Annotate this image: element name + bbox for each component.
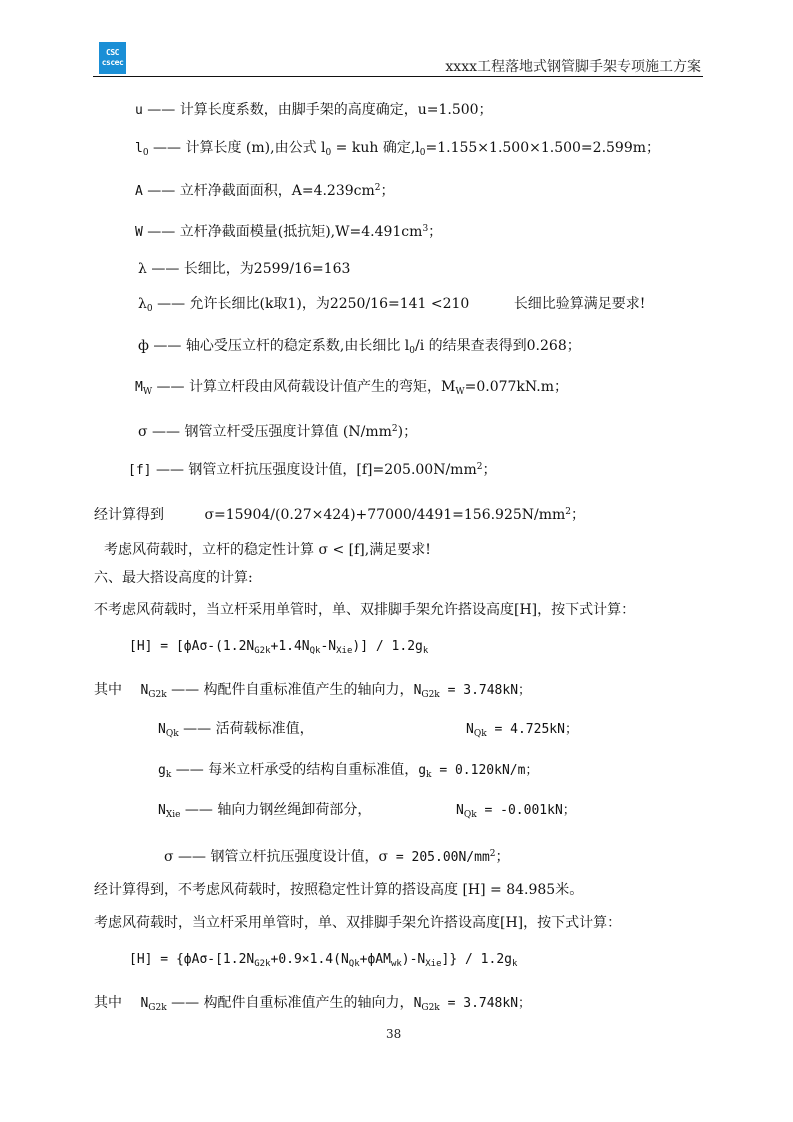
symbol: σ — [164, 849, 174, 865]
value: = 205.00N/mm — [388, 850, 490, 865]
value: = 3.748kN； — [440, 996, 531, 1011]
symbol: [f] — [128, 463, 151, 478]
tail: ； — [496, 849, 510, 865]
formula-sub: wk — [391, 959, 402, 969]
symbol-subscript: G2k — [148, 1003, 166, 1013]
dash: —— — [156, 462, 184, 478]
value-subscript: Qk — [464, 810, 477, 820]
symbol-subscript: 0 — [143, 148, 149, 158]
symbol-subscript: Xie — [166, 810, 181, 820]
dash: —— — [153, 338, 181, 354]
symbol: λ — [138, 296, 147, 312]
formula-sub: k — [512, 959, 517, 969]
value-symbol: N — [466, 722, 474, 737]
symbol-subscript: Qk — [166, 729, 179, 739]
description-a: 轴心受压立杆的稳定系数,由长细比 l — [186, 338, 409, 354]
symbol: σ — [138, 424, 148, 440]
description-b: =0.077kN.m； — [465, 379, 568, 395]
no-wind-def-NG2k: 其中 NG2k —— 构配件自重标准值产生的轴向力，NG2k = 3.748kN… — [94, 681, 531, 700]
def-phi: ф —— 轴心受压立杆的稳定系数,由长细比 l0/i 的结果查表得到0.268； — [138, 337, 581, 355]
no-wind-result: 经计算得到，不考虑风荷载时，按照稳定性计算的搭设高度 [H] = 84.985米… — [94, 881, 583, 899]
formula-sub: G2k — [254, 959, 270, 969]
description: 钢管立杆受压强度计算值 (N/mm — [184, 424, 391, 440]
def-l0: l0 —— 计算长度 (m),由公式 l0 = kuh 确定,l0=1.155×… — [135, 139, 660, 158]
description-c: =1.155×1.500×1.500=2.599m； — [426, 140, 661, 156]
description: 钢管立杆抗压强度设计值， — [210, 849, 378, 865]
result-label: 经计算得到 — [94, 507, 164, 523]
symbol: l — [135, 141, 143, 156]
tail: ； — [482, 462, 496, 478]
formula-sub: Qk — [349, 959, 360, 969]
with-wind-formula: [H] = {фAσ-[1.2NG2k+0.9×1.4(NQk+фAMwk)-N… — [129, 951, 517, 969]
def-A: A —— 立杆净截面面积，A=4.239cm2； — [135, 182, 395, 201]
header-divider — [93, 76, 703, 77]
tail: ； — [381, 183, 395, 199]
value-subscript: G2k — [421, 1003, 439, 1013]
description: 钢管立杆抗压强度设计值，[f]=205.00N/mm — [188, 462, 476, 478]
dash: —— — [147, 224, 175, 240]
formula-sub: k — [423, 646, 428, 656]
dash: —— — [185, 802, 213, 818]
check-note: 长细比验算满足要求! — [514, 296, 646, 312]
symbol-subscript: 0 — [147, 304, 153, 314]
value: = -0.001kN； — [477, 803, 576, 818]
description: 活荷载标准值， — [216, 721, 314, 737]
logo-text-bottom: cscec — [99, 58, 126, 68]
description: 立杆净截面面积，A=4.239cm — [180, 183, 375, 199]
header-title: xxxx工程落地式钢管脚手架专项施工方案 — [445, 56, 701, 76]
no-wind-def-sigma: σ —— 钢管立杆抗压强度设计值，σ = 205.00N/mm2； — [164, 848, 510, 867]
dash: —— — [151, 261, 179, 277]
value-subscript: G2k — [421, 690, 439, 700]
description: 构配件自重标准值产生的轴向力， — [204, 995, 414, 1011]
value: = 4.725kN； — [487, 722, 578, 737]
dash: —— — [152, 424, 180, 440]
symbol: u — [135, 103, 143, 118]
tail: ； — [428, 224, 442, 240]
symbol: W — [135, 225, 143, 240]
dash: —— — [157, 379, 185, 395]
symbol: λ — [138, 261, 147, 277]
value-subscript: Qk — [474, 729, 487, 739]
logo-text-top: CSC — [99, 48, 126, 58]
description: 长细比，为2599/16=163 — [184, 261, 351, 277]
tail: )； — [398, 424, 417, 440]
formula-part: ]} / 1.2g — [442, 952, 512, 967]
description: 允许长细比(k取1)，为2250/16=141 <210 — [190, 296, 470, 312]
description: 每米立杆承受的结构自重标准值， — [208, 762, 418, 778]
formula-sub: G2k — [254, 646, 270, 656]
no-wind-intro: 不考虑风荷载时，当立杆采用单管时，单、双排脚手架允许搭设高度[H]，按下式计算： — [94, 601, 635, 619]
description-b: /i 的结果查表得到0.268； — [415, 338, 581, 354]
symbol-subscript: G2k — [148, 690, 166, 700]
symbol-subscript: k — [166, 770, 171, 780]
def-lambda0: λ0 —— 允许长细比(k取1)，为2250/16=141 <210 长细比验算… — [138, 295, 645, 313]
dash: —— — [147, 102, 175, 118]
def-sigma: σ —— 钢管立杆受压强度计算值 (N/mm2)； — [138, 423, 417, 441]
def-f: [f] —— 钢管立杆抗压强度设计值，[f]=205.00N/mm2； — [128, 461, 496, 480]
symbol: N — [158, 803, 166, 818]
description-a: 计算立杆段由风荷载设计值产生的弯矩，M — [189, 379, 455, 395]
def-W: W —— 立杆净截面模量(抵抗矩),W=4.491cm3； — [135, 223, 442, 242]
description-b: = kuh 确定,l — [331, 140, 420, 156]
formula-part: +фAM — [360, 952, 391, 967]
dash: —— — [157, 296, 185, 312]
description: 轴向力钢丝绳卸荷部分， — [217, 802, 371, 818]
dash: —— — [171, 682, 199, 698]
formula-part: +0.9×1.4(N — [271, 952, 349, 967]
description: 构配件自重标准值产生的轴向力， — [204, 682, 414, 698]
symbol: M — [135, 380, 143, 395]
formula-sub: Xie — [425, 959, 441, 969]
symbol: g — [158, 763, 166, 778]
formula-part: [H] = [фAσ-(1.2N — [129, 639, 254, 654]
symbol-subscript: W — [143, 387, 152, 397]
value-symbol: N — [456, 803, 464, 818]
result-sigma: 经计算得到 σ=15904/(0.27×424)+77000/4491=156.… — [94, 506, 585, 524]
dash: —— — [153, 140, 181, 156]
value: = 3.748kN； — [440, 683, 531, 698]
dash: —— — [178, 849, 206, 865]
dash: —— — [147, 183, 175, 199]
with-wind-intro: 考虑风荷载时，当立杆采用单管时，单、双排脚手架允许搭设高度[H]，按下式计算： — [94, 914, 621, 932]
no-wind-def-NQk: NQk —— 活荷载标准值， NQk = 4.725kN； — [158, 720, 314, 739]
value-symbol: g — [418, 763, 426, 778]
formula-part: [H] = {фAσ-[1.2N — [129, 952, 254, 967]
document-page: CSC cscec xxxx工程落地式钢管脚手架专项施工方案 u —— 计算长度… — [0, 0, 793, 1122]
formula-part: +1.4N — [271, 639, 310, 654]
section-title: 六、最大搭设高度的计算: — [94, 569, 253, 587]
symbol: N — [158, 722, 166, 737]
page-number: 38 — [386, 1027, 401, 1041]
description: 立杆净截面模量(抵抗矩),W=4.491cm — [180, 224, 423, 240]
description-a: 计算长度 (m),由公式 l — [185, 140, 325, 156]
check-wind: 考虑风荷载时，立杆的稳定性计算 σ < [f],满足要求! — [104, 541, 431, 559]
no-wind-def-gk: gk —— 每米立杆承受的结构自重标准值，gk = 0.120kN/m； — [158, 761, 538, 780]
with-wind-def-NG2k: 其中 NG2k —— 构配件自重标准值产生的轴向力，NG2k = 3.748kN… — [94, 994, 531, 1013]
formula-sub: Qk — [310, 646, 321, 656]
value-group: NQk = -0.001kN； — [456, 801, 576, 820]
value-symbol: σ — [378, 849, 388, 865]
formula-part: )] / 1.2g — [352, 639, 422, 654]
dash: —— — [176, 762, 204, 778]
def-u: u —— 计算长度系数，由脚手架的高度确定，u=1.500； — [135, 101, 493, 120]
formula-part: -N — [320, 639, 336, 654]
value-group: NQk = 4.725kN； — [466, 720, 578, 739]
symbol: ф — [138, 338, 149, 354]
symbol: A — [135, 184, 143, 199]
formula-part: )-N — [402, 952, 425, 967]
description: 计算长度系数，由脚手架的高度确定，u=1.500； — [180, 102, 493, 118]
result-formula: σ=15904/(0.27×424)+77000/4491=156.925N/m… — [204, 507, 565, 523]
sub-a: W — [455, 387, 464, 397]
dash: —— — [171, 995, 199, 1011]
value: = 0.120kN/m； — [432, 763, 539, 778]
company-logo: CSC cscec — [99, 42, 126, 74]
no-wind-def-NXie: NXie —— 轴向力钢丝绳卸荷部分， NQk = -0.001kN； — [158, 801, 371, 820]
def-lambda: λ —— 长细比，为2599/16=163 — [138, 260, 350, 278]
where-label: 其中 — [94, 995, 122, 1011]
formula-sub: Xie — [336, 646, 352, 656]
tail: ； — [571, 507, 585, 523]
def-Mw: MW —— 计算立杆段由风荷载设计值产生的弯矩，MW=0.077kN.m； — [135, 378, 568, 397]
where-label: 其中 — [94, 682, 122, 698]
dash: —— — [183, 721, 211, 737]
no-wind-formula: [H] = [фAσ-(1.2NG2k+1.4NQk-NXie)] / 1.2g… — [129, 638, 428, 656]
